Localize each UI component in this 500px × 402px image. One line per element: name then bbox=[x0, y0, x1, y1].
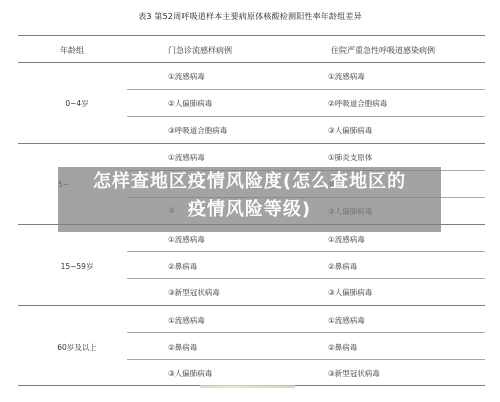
table-top-rule bbox=[18, 35, 485, 36]
row-divider bbox=[127, 251, 485, 252]
caption-text: 怎样查地区疫情风险度(怎么查地区的 疫情风险等级) bbox=[58, 168, 441, 224]
outpatient-cell: ③人偏肺病毒 bbox=[168, 368, 212, 379]
inpatient-cell: ①肺炎支原体 bbox=[328, 152, 372, 163]
row-divider bbox=[127, 332, 485, 333]
row-divider bbox=[127, 89, 485, 90]
table-title: 表3 第52周呼吸道样本主要病原体核酸检测阳性率年龄组差异 bbox=[0, 11, 500, 22]
inpatient-cell: ③人偏肺病毒 bbox=[328, 287, 372, 298]
header-outpatient: 门急诊流感样病例 bbox=[168, 45, 232, 56]
header-age-group: 年龄组 bbox=[60, 45, 84, 56]
inpatient-cell: ①流感病毒 bbox=[328, 71, 365, 82]
outpatient-cell: ②人偏肺病毒 bbox=[168, 98, 212, 109]
group-rule bbox=[18, 143, 485, 144]
age-group-label: 60岁及以上 bbox=[22, 342, 132, 353]
inpatient-cell: ②鼻病毒 bbox=[328, 261, 357, 272]
row-divider bbox=[127, 359, 485, 360]
inpatient-cell: ①流感病毒 bbox=[328, 315, 365, 326]
inpatient-cell: ①流感病毒 bbox=[328, 234, 365, 245]
header-inpatient: 住院严重急性呼吸道感染病例 bbox=[331, 45, 435, 56]
outpatient-cell: ①流感病毒 bbox=[168, 71, 205, 82]
row-divider bbox=[127, 116, 485, 117]
row-divider bbox=[127, 278, 485, 279]
age-group-label: 0~4岁 bbox=[22, 98, 132, 109]
outpatient-cell: ②鼻病毒 bbox=[168, 342, 197, 353]
outpatient-cell: ①流感病毒 bbox=[168, 152, 205, 163]
outpatient-cell: ①流感病毒 bbox=[168, 315, 205, 326]
inpatient-cell: ③新型冠状病毒 bbox=[328, 368, 380, 379]
image-fragment bbox=[200, 385, 295, 388]
outpatient-cell: ③呼吸道合胞病毒 bbox=[168, 125, 227, 136]
caption-line-1: 怎样查地区疫情风险度(怎么查地区的 bbox=[58, 168, 441, 196]
inpatient-cell: ②呼吸道合胞病毒 bbox=[328, 98, 387, 109]
age-group-label: 15~59岁 bbox=[22, 261, 132, 272]
outpatient-cell: ①流感病毒 bbox=[168, 234, 205, 245]
header-rule bbox=[18, 62, 485, 63]
inpatient-cell: ③人偏肺病毒 bbox=[328, 125, 372, 136]
inpatient-cell: ②鼻病毒 bbox=[328, 342, 357, 353]
caption-line-2: 疫情风险等级) bbox=[58, 196, 441, 224]
group-rule bbox=[18, 305, 485, 306]
outpatient-cell: ②鼻病毒 bbox=[168, 261, 197, 272]
outpatient-cell: ③新型冠状病毒 bbox=[168, 287, 220, 298]
